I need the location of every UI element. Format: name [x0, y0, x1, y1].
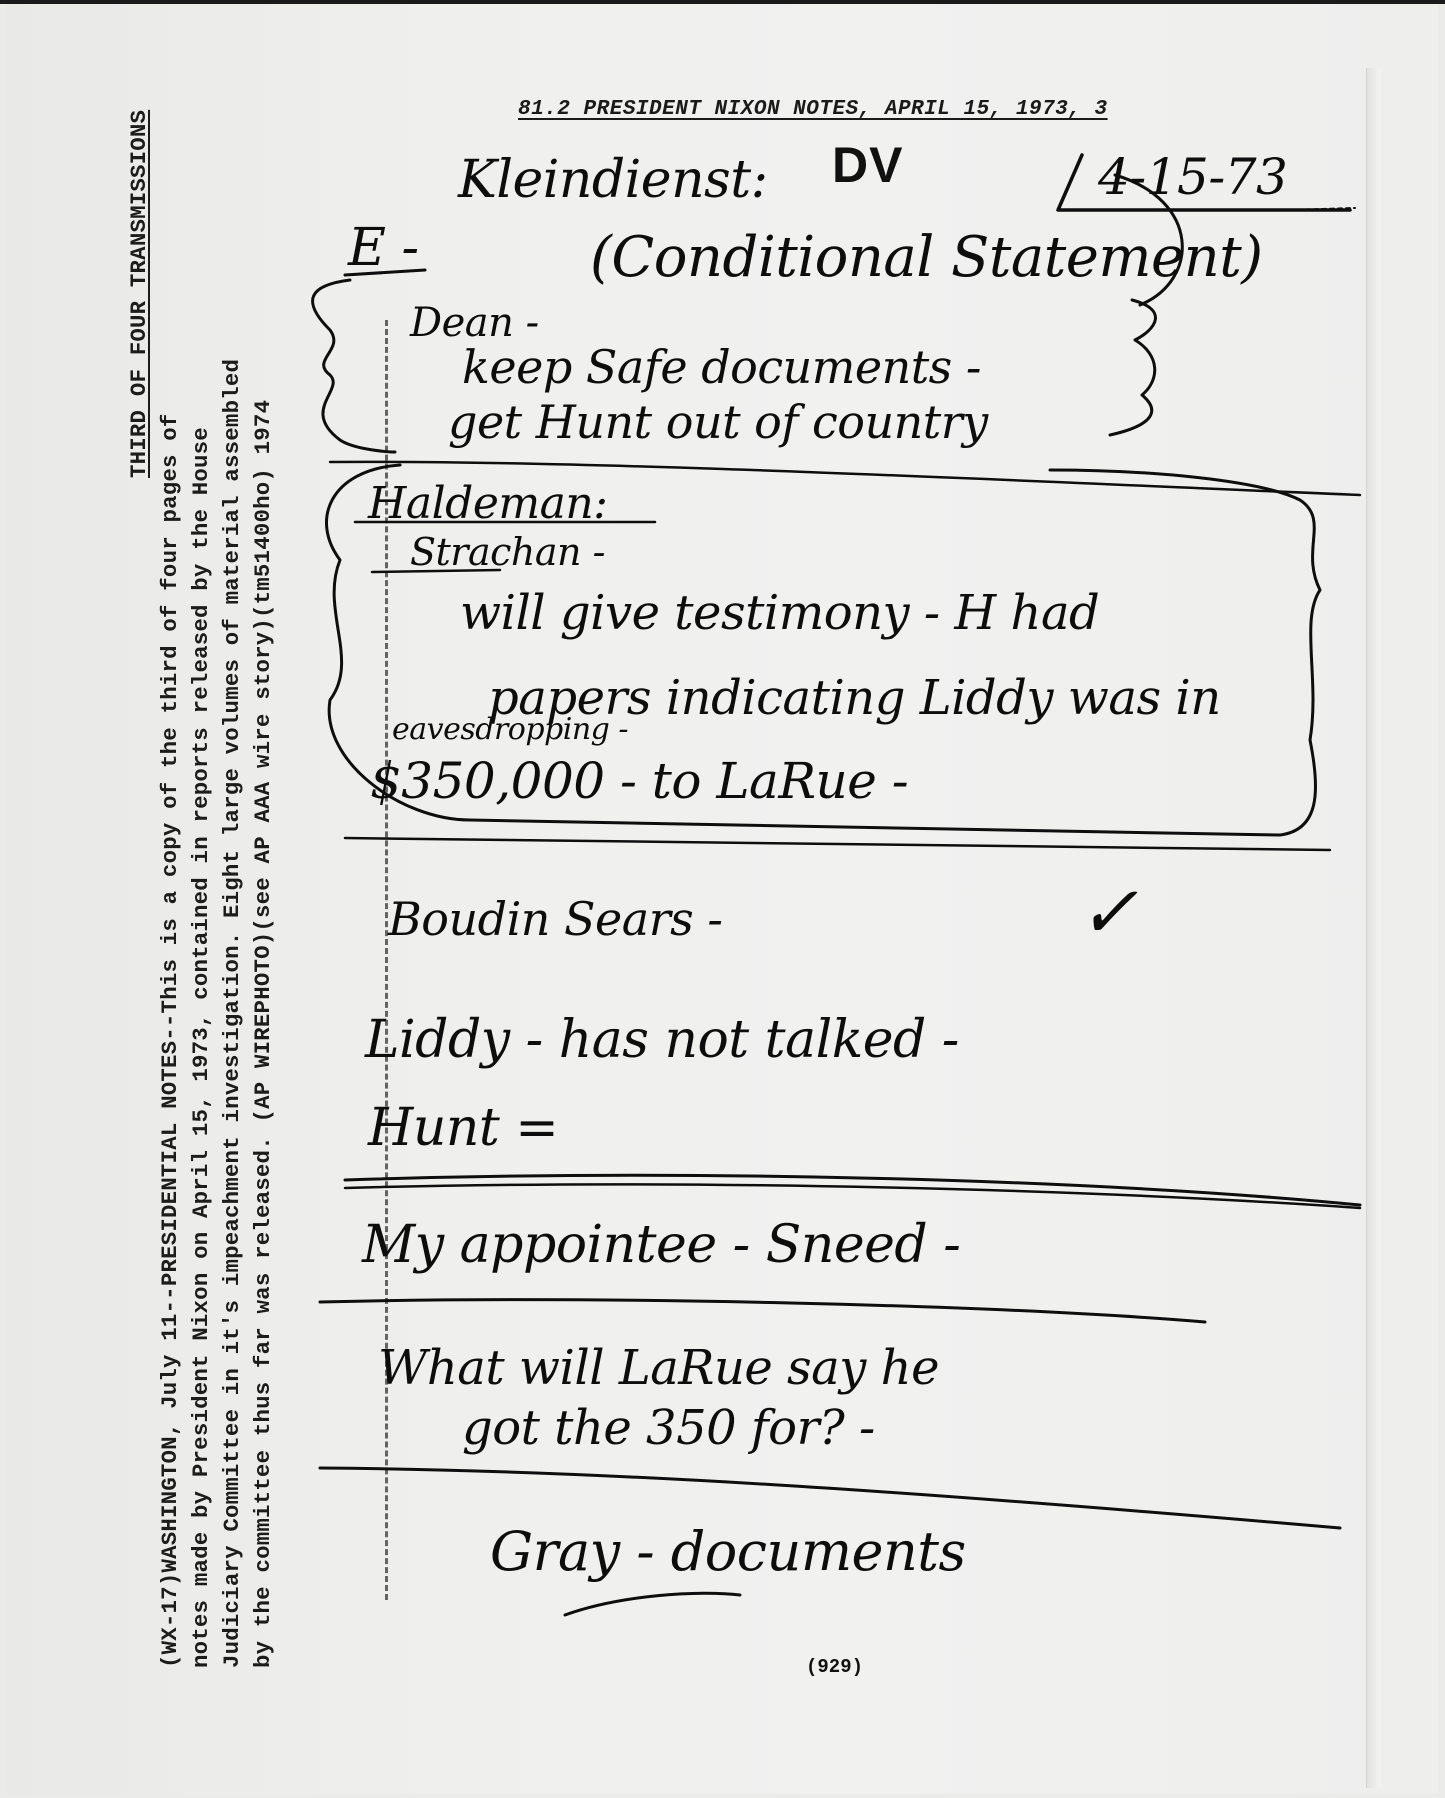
checkmark-icon: ✓ — [1078, 870, 1138, 954]
note-boudin-sears: Boudin Sears - — [388, 892, 722, 946]
note-larue-line-2: got the 350 for? - — [462, 1400, 875, 1456]
note-dean-line-2: get Hunt out of country — [448, 395, 988, 449]
page-number: (929) — [806, 1656, 863, 1678]
note-larue-line-1: What will LaRue say he — [378, 1340, 939, 1396]
note-gray-documents: Gray - documents — [490, 1520, 966, 1583]
note-dean-line-1: keep Safe documents - — [462, 340, 981, 394]
note-my-appointee: My appointee - Sneed - — [362, 1215, 960, 1275]
note-hunt: Hunt = — [368, 1098, 558, 1158]
note-strachan-line-1: will give testimony - H had — [460, 585, 1099, 641]
note-strachan-label: Strachan - — [410, 530, 605, 574]
note-conditional-statement: (Conditional Statement) — [590, 225, 1263, 290]
note-liddy: Liddy - has not talked - — [365, 1010, 959, 1070]
note-haldeman-label: Haldeman: — [368, 478, 608, 529]
note-strachan-line-4: $350,000 - to LaRue - — [370, 752, 908, 810]
note-title-kleindienst: Kleindienst: — [458, 150, 768, 210]
note-date: 4-15-73 — [1098, 148, 1287, 206]
note-e: E - — [348, 218, 419, 278]
note-strachan-line-3: eavesdropping - — [392, 712, 628, 747]
